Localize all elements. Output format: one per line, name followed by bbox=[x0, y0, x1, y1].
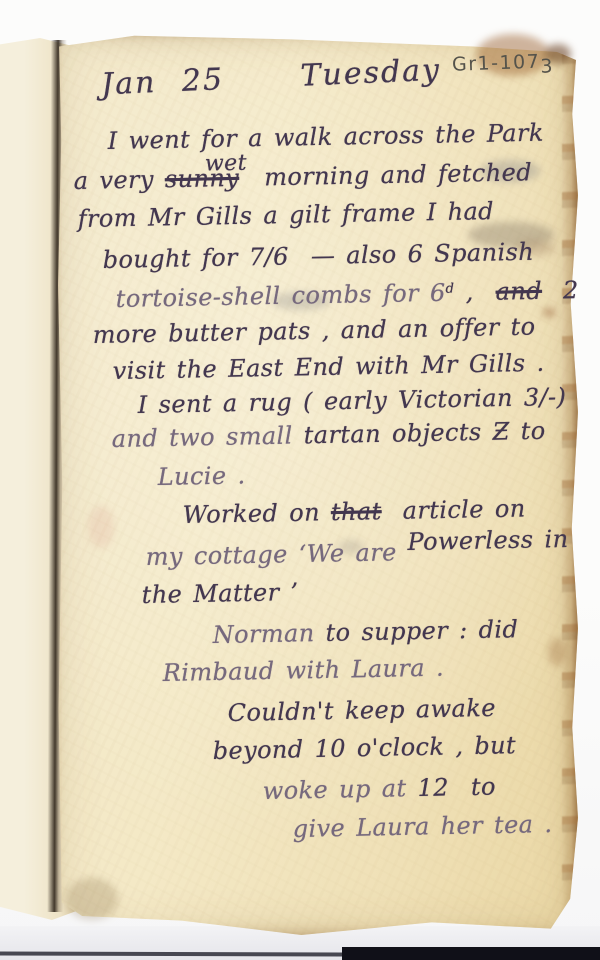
text-segment: , bbox=[454, 278, 496, 307]
text-segment: a very bbox=[73, 165, 165, 195]
text-segment: 12 to bbox=[417, 773, 496, 802]
text-segment-fade: woke up at bbox=[262, 774, 417, 805]
handwritten-line: Worked on that article on bbox=[182, 495, 525, 528]
text-segment-fade: and two small bbox=[111, 421, 304, 453]
handwritten-line: I went for a walk across the Park bbox=[107, 120, 544, 155]
handwritten-line: I sent a rug ( early Victorian 3/-) bbox=[137, 384, 566, 419]
handwritten-line: and two small tartan objects Ƶ to bbox=[111, 418, 545, 453]
handwritten-line: Couldn't keep awake bbox=[227, 695, 496, 727]
text-segment-strike: and bbox=[495, 277, 552, 306]
handwritten-line: bought for 7/6 — also 6 Spanish bbox=[102, 239, 534, 274]
handwritten-line: visit the East End with Mr Gills . bbox=[112, 350, 544, 385]
handwritten-line: Rimbaud with Laura . bbox=[162, 655, 444, 687]
text-segment-fade: my cottage ‘We are bbox=[145, 538, 408, 571]
handwritten-line: Norman to supper : did bbox=[212, 616, 518, 648]
text-segment: article on bbox=[391, 494, 526, 525]
handwritten-line: my cottage ‘We are Powerless in bbox=[145, 536, 568, 571]
text-segment-raise: Powerless in bbox=[407, 526, 568, 555]
handwritten-line: from Mr Gills a gilt frame I had bbox=[77, 198, 494, 232]
text-segment: I went for a walk across the Park bbox=[107, 119, 544, 155]
text-segment: 2 bbox=[552, 276, 579, 305]
text-segment: the Matter ’ bbox=[141, 578, 298, 609]
handwritten-line: the Matter ’ bbox=[141, 579, 298, 608]
text-segment: from Mr Gills a gilt frame I had bbox=[77, 197, 494, 233]
text-segment-fade: give Laura her tea . bbox=[292, 810, 552, 843]
handwritten-line: beyond 10 o'clock , but bbox=[212, 732, 516, 764]
handwritten-line: more butter pats , and an offer to bbox=[92, 314, 535, 349]
scan-edge-strip bbox=[342, 947, 600, 960]
text-segment: more butter pats , and an offer to bbox=[92, 313, 535, 349]
scan-background: Jan 25 Tuesday Gr1-1073 I went for a wal… bbox=[0, 0, 600, 960]
text-segment: visit the East End with Mr Gills . bbox=[112, 349, 544, 385]
text-segment: I sent a rug ( early Victorian 3/-) bbox=[137, 383, 566, 419]
text-segment: to supper : did bbox=[314, 615, 518, 647]
handwritten-line: Lucie . bbox=[157, 462, 245, 490]
text-segment-fade: Rimbaud with Laura . bbox=[162, 654, 444, 687]
text-segment-strike: that bbox=[331, 497, 392, 526]
text-segment-fade: Lucie . bbox=[157, 461, 245, 491]
handwriting-body: I went for a walk across the Parka very … bbox=[0, 0, 600, 960]
text-segment: Worked on bbox=[182, 498, 331, 529]
handwritten-line: a very sunnywet morning and fetched bbox=[73, 159, 532, 195]
handwritten-line: tortoise-shell combs for 6d , and 2 bbox=[115, 277, 578, 312]
text-segment: morning and fetched bbox=[253, 158, 532, 191]
handwritten-line: woke up at 12 to bbox=[262, 774, 496, 805]
text-segment-sup: d bbox=[445, 282, 454, 297]
text-segment-fade: Norman bbox=[212, 619, 314, 649]
text-segment-fade: tortoise-shell combs for 6 bbox=[115, 279, 445, 313]
text-segment: Couldn't keep awake bbox=[227, 694, 496, 727]
text-segment: tartan objects Ƶ to bbox=[303, 417, 545, 450]
text-segment: beyond 10 o'clock , but bbox=[212, 731, 516, 765]
text-segment-ins: wet bbox=[205, 152, 248, 177]
handwritten-line: give Laura her tea . bbox=[292, 811, 552, 842]
text-segment: bought for 7/6 — also 6 Spanish bbox=[102, 238, 534, 274]
